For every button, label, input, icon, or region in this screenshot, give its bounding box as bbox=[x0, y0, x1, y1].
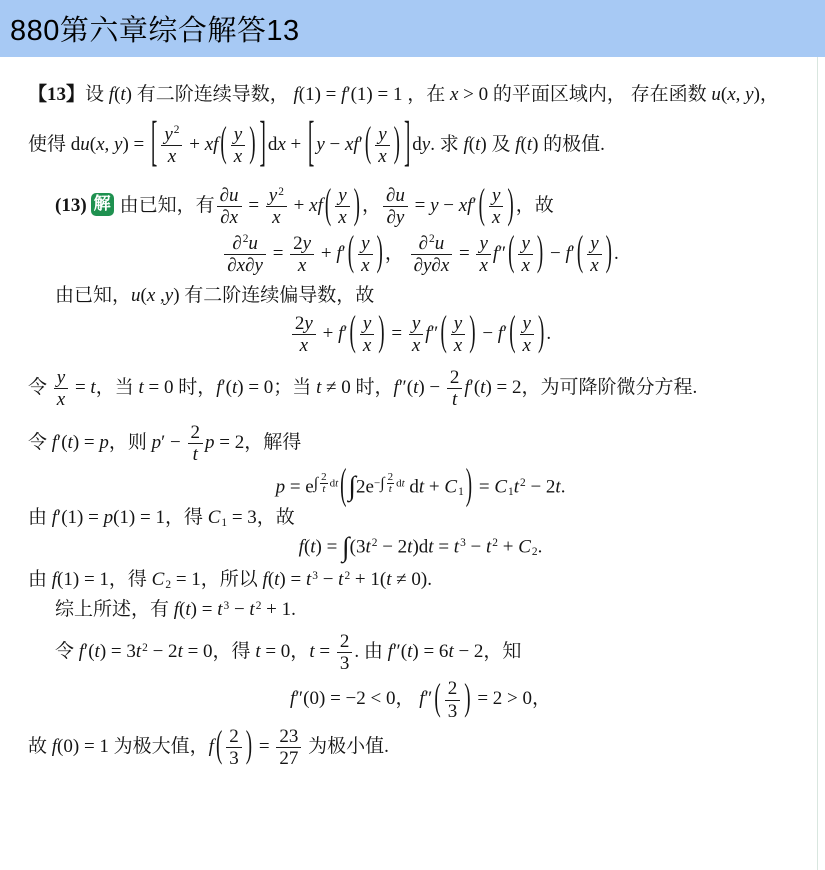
text-run: 2 bbox=[321, 471, 327, 483]
summary-line: 综上所述，有 f(t) = t3 − t2 + 1. bbox=[55, 598, 813, 623]
math-var: p bbox=[276, 476, 286, 497]
math-var: x bbox=[298, 255, 306, 276]
math-var: xf bbox=[309, 195, 323, 216]
fraction: yx bbox=[474, 233, 492, 277]
text-run: ) = bbox=[279, 569, 306, 590]
text-run: ′( bbox=[222, 377, 232, 398]
text-run: 【13】 bbox=[28, 84, 85, 105]
fraction: yx bbox=[229, 124, 247, 168]
big-delimiter: ) bbox=[464, 675, 470, 724]
text-run: ) 及 bbox=[480, 134, 515, 155]
big-delimiter: [ bbox=[308, 110, 314, 182]
text-run: 2 bbox=[293, 233, 303, 254]
math-var: ∂y bbox=[387, 207, 405, 228]
denominator: x bbox=[292, 334, 316, 356]
text-run: = 2 > 0， bbox=[473, 688, 551, 709]
text-run: ) 的极值. bbox=[532, 134, 605, 155]
fraction: yx bbox=[358, 313, 376, 357]
fraction: 2yx bbox=[290, 313, 318, 357]
math-var: u bbox=[435, 233, 445, 254]
math-var: ∂u bbox=[386, 185, 405, 206]
fraction: yx bbox=[333, 185, 351, 229]
text-run: 2 bbox=[340, 631, 350, 652]
fraction: yx bbox=[518, 313, 536, 357]
denominator: x bbox=[360, 334, 374, 356]
denominator: ∂x∂y bbox=[224, 254, 266, 276]
math-var: C bbox=[494, 476, 507, 497]
text-run: 由已知， bbox=[55, 285, 131, 306]
text-run: − bbox=[439, 195, 459, 216]
big-delimiter: ) bbox=[469, 308, 475, 362]
math-var: x bbox=[479, 255, 487, 276]
text-run: ″( bbox=[393, 641, 407, 662]
numerator: y bbox=[489, 185, 503, 206]
big-delimiter: ( bbox=[577, 227, 583, 281]
numerator: ∂2u bbox=[224, 233, 266, 254]
math-var: y bbox=[523, 313, 531, 334]
numerator: 2 bbox=[320, 472, 328, 484]
big-delimiter: ( bbox=[325, 180, 331, 234]
math-var: x bbox=[277, 134, 285, 155]
text-run: 令 bbox=[55, 641, 79, 662]
text-run: ，则 bbox=[109, 432, 152, 453]
text-run: ≠ 0). bbox=[391, 569, 432, 590]
big-delimiter: ] bbox=[260, 110, 266, 182]
math-var: C bbox=[152, 569, 165, 590]
denominator: ∂y∂x bbox=[411, 254, 453, 276]
math-var: u bbox=[131, 285, 141, 306]
math-var: x bbox=[523, 335, 531, 356]
fraction: 2t bbox=[318, 472, 330, 496]
math-var: ∂x∂y bbox=[227, 255, 263, 276]
text-run: ) = 3 bbox=[100, 641, 136, 662]
text-run: 综上所述，有 bbox=[55, 599, 174, 620]
math-var: p bbox=[104, 507, 114, 528]
text-run: ，当 bbox=[96, 377, 139, 398]
text-run: ′( bbox=[57, 432, 67, 453]
text-run: ) = bbox=[122, 134, 149, 155]
denominator: x bbox=[231, 145, 245, 167]
math-var: y bbox=[492, 185, 500, 206]
big-delimiter: ) bbox=[394, 118, 400, 172]
denominator: x bbox=[266, 206, 287, 228]
numerator: y bbox=[587, 233, 601, 254]
text-run: + bbox=[424, 476, 444, 497]
text-run: d bbox=[405, 476, 419, 497]
fraction: yx bbox=[449, 313, 467, 357]
big-delimiter: ( bbox=[350, 308, 356, 362]
math-var: p bbox=[152, 432, 162, 453]
math-var: x bbox=[363, 335, 371, 356]
math-var: t bbox=[452, 389, 457, 410]
big-delimiter: ) bbox=[249, 118, 255, 172]
text-run: ′ bbox=[503, 323, 507, 344]
math-var: x bbox=[96, 134, 104, 155]
text-run: , bbox=[105, 134, 115, 155]
math-var: f bbox=[209, 736, 214, 757]
text-run: (0) = 1 为极大值， bbox=[57, 736, 209, 757]
denominator: t bbox=[387, 483, 395, 496]
text-run: ′( bbox=[470, 377, 480, 398]
fraction: 2yx bbox=[288, 233, 316, 277]
text-run: + bbox=[184, 134, 204, 155]
header-bar: 880第六章综合解答13 bbox=[0, 0, 825, 57]
math-var: y bbox=[412, 313, 420, 334]
text-run: ) − bbox=[418, 377, 445, 398]
text-run: ) 有二阶连续偏导数，故 bbox=[173, 285, 374, 306]
numerator: y bbox=[375, 124, 389, 145]
text-run: ′(1) = 1 ，在 bbox=[346, 84, 450, 105]
denominator: ∂y bbox=[383, 206, 408, 228]
text-run: . 由 bbox=[354, 641, 387, 662]
denominator: x bbox=[409, 334, 423, 356]
c2-line: 由 f(1) = 1，得 C2 = 1，所以 f(t) = t3 − t2 + … bbox=[28, 568, 813, 593]
numerator: ∂u bbox=[217, 185, 242, 206]
text-run: = 1，所以 bbox=[171, 569, 262, 590]
text-run: )d bbox=[412, 537, 428, 558]
numerator: 2 bbox=[188, 422, 204, 443]
math-var: y bbox=[422, 134, 430, 155]
numerator: y2 bbox=[266, 185, 287, 206]
text-run: − 2 bbox=[526, 476, 556, 497]
problem-line-2: 使得 du(x, y) = [y2x + xf(yx)]dx + [y − xf… bbox=[28, 124, 813, 168]
math-var: y bbox=[745, 84, 753, 105]
text-run: = bbox=[454, 243, 474, 264]
big-delimiter: ( bbox=[509, 308, 515, 362]
fraction: yx bbox=[52, 367, 70, 411]
math-var: y bbox=[590, 233, 598, 254]
text-run: (1) = 1，得 bbox=[57, 569, 152, 590]
denominator: x bbox=[358, 254, 372, 276]
fraction: 23 bbox=[224, 726, 244, 770]
math-var: xf bbox=[345, 134, 359, 155]
exponent: −∫2tdt bbox=[374, 472, 405, 496]
numerator: 2 bbox=[226, 726, 242, 747]
math-var: x bbox=[300, 335, 308, 356]
text-run: 23 bbox=[279, 726, 298, 747]
text-run: ″ bbox=[498, 243, 506, 264]
text-run: = 2，解得 bbox=[215, 432, 302, 453]
numerator: y bbox=[360, 313, 374, 334]
text-run: ′ bbox=[342, 243, 346, 264]
text-run: = bbox=[434, 537, 454, 558]
math-var: t bbox=[249, 599, 254, 620]
math-var: x bbox=[727, 84, 735, 105]
fraction: ∂2u∂y∂x bbox=[409, 233, 455, 277]
text-run: + bbox=[286, 134, 306, 155]
text-run: 由已知，有 bbox=[120, 195, 215, 216]
eq-second-derivative: f″(0) = −2 < 0， f″(23) = 2 > 0， bbox=[28, 678, 813, 722]
text-run: 2 bbox=[448, 678, 458, 699]
text-run: = bbox=[244, 195, 264, 216]
fraction: yx bbox=[516, 233, 534, 277]
math-var: x bbox=[590, 255, 598, 276]
fraction: yx bbox=[407, 313, 425, 357]
numerator: 2y bbox=[292, 313, 316, 334]
numerator: 2 bbox=[445, 678, 461, 699]
math-var: xf bbox=[459, 195, 473, 216]
exponent: ∫2tdt bbox=[314, 472, 338, 496]
numerator: y bbox=[520, 313, 534, 334]
numerator: y bbox=[358, 233, 372, 254]
known-line: 由已知，u(x ,y) 有二阶连续偏导数，故 bbox=[55, 284, 813, 309]
text-run: ′ bbox=[343, 323, 347, 344]
math-var: u bbox=[711, 84, 721, 105]
math-var: y bbox=[363, 313, 371, 334]
denominator: x bbox=[587, 254, 601, 276]
text-run: 为极小值. bbox=[303, 736, 389, 757]
math-var: x bbox=[361, 255, 369, 276]
fraction: 23 bbox=[443, 678, 463, 722]
math-var: ∂u bbox=[220, 185, 239, 206]
denominator: x bbox=[520, 334, 534, 356]
denominator: x bbox=[451, 334, 465, 356]
math-var: t bbox=[389, 483, 392, 495]
eq-p-general-solution: p = e∫2tdt(∫2e−∫2tdt dt + C1) = C1t2 − 2… bbox=[28, 472, 813, 501]
text-run: ″ bbox=[425, 688, 433, 709]
numerator: 2 bbox=[447, 367, 463, 388]
text-run: + bbox=[318, 323, 338, 344]
fraction: y2x bbox=[264, 185, 289, 229]
text-run: 3 bbox=[229, 748, 239, 769]
fraction: 2t bbox=[385, 472, 397, 496]
math-var: x bbox=[234, 146, 242, 167]
denominator: x bbox=[290, 254, 314, 276]
denominator: x bbox=[335, 206, 349, 228]
denominator: x bbox=[54, 388, 68, 410]
document-page: 【13】设 f(t) 有二阶连续导数， f(1) = f′(1) = 1 ，在 … bbox=[0, 57, 825, 769]
math-var: ∂x bbox=[220, 207, 238, 228]
text-run: 2 bbox=[388, 471, 394, 483]
fraction: 2t bbox=[445, 367, 465, 411]
math-var: y bbox=[338, 185, 346, 206]
denominator: t bbox=[447, 388, 463, 410]
math-var: xf bbox=[205, 134, 219, 155]
superscript: 2 bbox=[278, 186, 284, 198]
text-run: − bbox=[325, 134, 345, 155]
math-var: t bbox=[486, 537, 491, 558]
math-var: x bbox=[272, 207, 280, 228]
fraction: yx bbox=[585, 233, 603, 277]
math-var: C bbox=[208, 507, 221, 528]
math-var: t bbox=[335, 477, 338, 489]
fraction: ∂u∂x bbox=[215, 185, 244, 229]
big-delimiter: ) bbox=[377, 227, 383, 281]
text-run: + bbox=[289, 195, 309, 216]
big-delimiter: ] bbox=[404, 110, 410, 182]
math-var: y bbox=[454, 313, 462, 334]
big-delimiter: ( bbox=[508, 227, 514, 281]
math-var: x bbox=[338, 207, 346, 228]
big-delimiter: ) bbox=[537, 227, 543, 281]
math-var: y bbox=[164, 124, 172, 145]
text-run: ) = 2，为可降阶微分方程. bbox=[485, 377, 697, 398]
math-var: y bbox=[316, 134, 324, 155]
denominator: 3 bbox=[445, 700, 461, 722]
integral-sign: ∫ bbox=[348, 472, 356, 500]
text-run: 设 bbox=[85, 84, 109, 105]
denominator: t bbox=[188, 443, 204, 465]
math-var: y bbox=[430, 195, 438, 216]
text-run: ′( bbox=[84, 641, 94, 662]
fraction: yx bbox=[487, 185, 505, 229]
text-run: = bbox=[70, 377, 90, 398]
critical-points-line: 令 f′(t) = 3t2 − 2t = 0，得 t = 0，t = 23. 由… bbox=[55, 631, 813, 675]
text-run: (1) = bbox=[299, 84, 341, 105]
fraction: 2t bbox=[186, 422, 206, 466]
substitute-p-line: 令 f′(t) = p，则 p′ − 2tp = 2，解得 bbox=[28, 422, 813, 466]
math-var: y bbox=[479, 233, 487, 254]
math-var: t bbox=[306, 569, 311, 590]
text-run: ，故 bbox=[516, 195, 554, 216]
subscript: 1 bbox=[458, 486, 464, 498]
text-run: = bbox=[268, 243, 288, 264]
page-title: 880第六章综合解答13 bbox=[0, 8, 300, 49]
text-run: )， bbox=[754, 84, 779, 105]
math-var: t bbox=[193, 444, 198, 465]
text-run: 2 bbox=[450, 367, 460, 388]
text-run: , bbox=[736, 84, 746, 105]
text-run: ′(1) = bbox=[57, 507, 104, 528]
math-var: C bbox=[444, 476, 457, 497]
math-var: x bbox=[454, 335, 462, 356]
text-run: 2 bbox=[295, 313, 305, 334]
text-run: − bbox=[466, 537, 486, 558]
text-run: d bbox=[268, 134, 278, 155]
math-var: x bbox=[492, 207, 500, 228]
integral-sign: ∫ bbox=[342, 533, 350, 561]
solution-intro-math: 由已知，有∂u∂x = y2x + xf(yx)，∂u∂y = y − xf′(… bbox=[120, 195, 554, 216]
numerator: 23 bbox=[276, 726, 301, 747]
eq-mixed-partials: ∂2u∂x∂y = 2yx + f′(yx)， ∂2u∂y∂x = yxf″(y… bbox=[28, 233, 813, 277]
eq-f-integral: f(t) = ∫(3t2 − 2t)dt = t3 − t2 + C2. bbox=[28, 533, 813, 561]
math-var: p bbox=[99, 432, 109, 453]
text-run: . bbox=[538, 537, 543, 558]
text-run: 使得 d bbox=[28, 134, 80, 155]
text-run: ′ bbox=[571, 243, 575, 264]
text-run: − bbox=[229, 599, 249, 620]
big-delimiter: ( bbox=[365, 118, 371, 172]
text-run: = 0，得 bbox=[183, 641, 255, 662]
big-delimiter: ( bbox=[216, 723, 222, 772]
text-run: ， bbox=[362, 195, 381, 216]
text-run: + bbox=[316, 243, 336, 264]
denominator: x bbox=[476, 254, 490, 276]
substitute-t-line: 令 yx = t，当 t = 0 时，f′(t) = 0；当 t ≠ 0 时，f… bbox=[28, 367, 813, 411]
big-delimiter: ( bbox=[348, 227, 354, 281]
text-run: − bbox=[318, 569, 338, 590]
numerator: ∂u bbox=[383, 185, 408, 206]
denominator: x bbox=[375, 145, 389, 167]
text-run: 3 bbox=[340, 653, 350, 674]
math-var: p bbox=[205, 432, 215, 453]
solution-intro-line: (13)解由已知，有∂u∂x = y2x + xf(yx)，∂u∂y = y −… bbox=[55, 185, 813, 229]
text-run: 令 bbox=[28, 377, 52, 398]
conclusion-line: 故 f(0) = 1 为极大值，f(23) = 2327 为极小值. bbox=[28, 726, 813, 770]
text-run: . 求 bbox=[430, 134, 463, 155]
text-run: ， bbox=[385, 243, 409, 264]
text-run: ) = 6 bbox=[412, 641, 448, 662]
numerator: y2 bbox=[161, 124, 182, 145]
fraction: yx bbox=[373, 124, 391, 168]
math-var: t bbox=[454, 537, 459, 558]
denominator: ∂x bbox=[217, 206, 242, 228]
denominator: 27 bbox=[276, 747, 301, 769]
denominator: x bbox=[518, 254, 532, 276]
text-run: 2e bbox=[356, 476, 374, 497]
text-run: . bbox=[614, 243, 619, 264]
math-var: y bbox=[165, 285, 173, 306]
numerator: y bbox=[451, 313, 465, 334]
big-delimiter: ) bbox=[378, 308, 384, 362]
text-run: ) = bbox=[316, 537, 343, 558]
big-delimiter: ) bbox=[606, 227, 612, 281]
text-run: + bbox=[498, 537, 518, 558]
text-run: = e bbox=[285, 476, 314, 497]
text-run: ) 有二阶连续导数， bbox=[126, 84, 294, 105]
math-var: C bbox=[518, 537, 531, 558]
math-var: y bbox=[304, 313, 312, 334]
numerator: y bbox=[231, 124, 245, 145]
c1-line: 由 f′(1) = p(1) = 1，得 C1 = 3，故 bbox=[28, 506, 813, 531]
math-var: ∂ bbox=[419, 233, 428, 254]
text-run: = bbox=[387, 323, 407, 344]
text-run: 27 bbox=[279, 748, 298, 769]
fraction: 23 bbox=[335, 631, 355, 675]
denominator: 3 bbox=[226, 747, 242, 769]
big-delimiter: ( bbox=[434, 675, 440, 724]
denominator: x bbox=[489, 206, 503, 228]
text-run: = 0 时， bbox=[144, 377, 216, 398]
numerator: 2 bbox=[387, 472, 395, 484]
text-run: d bbox=[412, 134, 422, 155]
text-run: = bbox=[474, 476, 494, 497]
text-run: ) = bbox=[191, 599, 218, 620]
text-run: (3 bbox=[350, 537, 366, 558]
math-var: y bbox=[378, 124, 386, 145]
text-run: 2 bbox=[229, 726, 239, 747]
numerator: 2y bbox=[290, 233, 314, 254]
math-var: y bbox=[269, 185, 277, 206]
math-var: ∂ bbox=[232, 233, 241, 254]
text-run: − 2，知 bbox=[454, 641, 522, 662]
denominator: t bbox=[320, 483, 328, 496]
math-var: ∂y∂x bbox=[414, 255, 450, 276]
page-right-edge bbox=[817, 57, 818, 870]
fraction: ∂2u∂x∂y bbox=[222, 233, 268, 277]
text-run: = bbox=[315, 641, 335, 662]
math-var: y bbox=[57, 367, 65, 388]
big-delimiter: ( bbox=[340, 459, 346, 516]
fraction: y2x bbox=[159, 124, 184, 168]
big-delimiter: ( bbox=[440, 308, 446, 362]
text-run: ″( bbox=[399, 377, 413, 398]
fraction: 2327 bbox=[274, 726, 303, 770]
numerator: y bbox=[518, 233, 532, 254]
numerator: ∂2u bbox=[411, 233, 453, 254]
math-var: u bbox=[80, 134, 90, 155]
text-run: (1) = 1，得 bbox=[113, 507, 208, 528]
text-run: − 2 bbox=[377, 537, 407, 558]
math-var: y bbox=[234, 124, 242, 145]
solution-label: (13) bbox=[55, 195, 87, 216]
text-run: . bbox=[546, 323, 551, 344]
text-run: 由 bbox=[28, 507, 52, 528]
eq-partials-equal: 2yx + f′(yx) = yxf″(yx) − f′(yx). bbox=[28, 313, 813, 357]
math-var: t bbox=[217, 599, 222, 620]
text-run: 2 bbox=[191, 422, 201, 443]
math-var: x bbox=[168, 146, 176, 167]
